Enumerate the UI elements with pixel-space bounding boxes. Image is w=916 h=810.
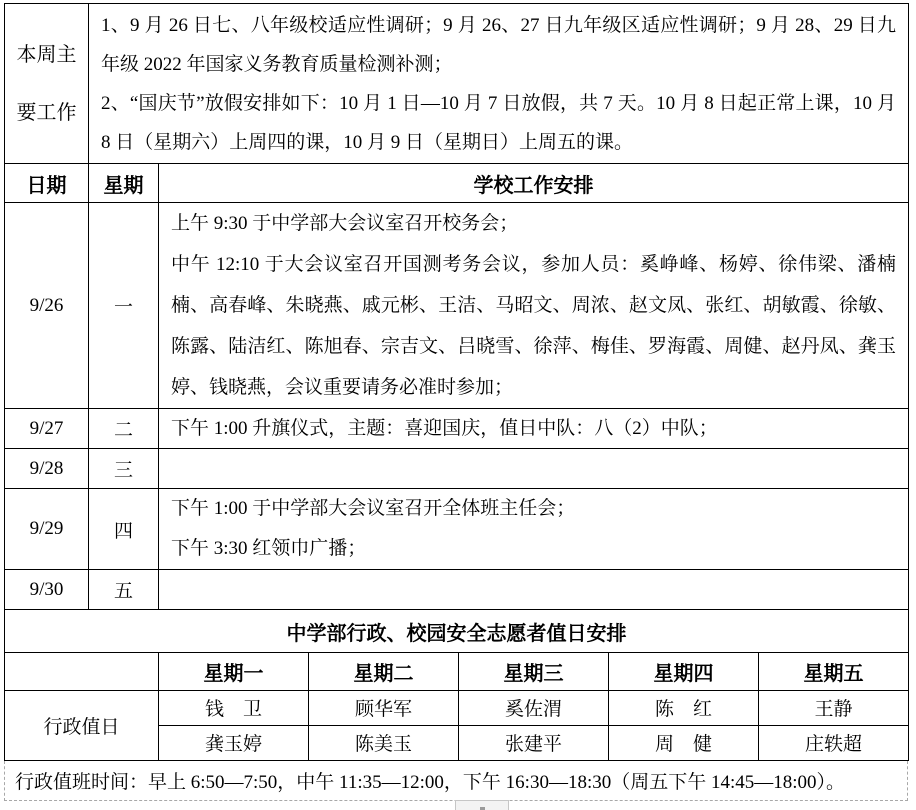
duty-header-empty-cell — [5, 652, 159, 690]
summary-item-2: 2、“国庆节”放假安排如下：10 月 1 日—10 月 7 日放假，共 7 天。… — [101, 84, 896, 162]
duty-name: 顾华军 — [309, 690, 459, 725]
weekly-work-table: 本周主要工作 1、9 月 26 日七、八年级校适应性调研；9 月 26、27 日… — [4, 3, 909, 653]
arrangement-item: 下午 1:00 于中学部大会议室召开全体班主任会； — [171, 489, 896, 529]
duty-header-thu: 星期四 — [609, 652, 759, 690]
weekly-summary-label: 本周主要工作 — [14, 26, 80, 142]
weekday-cell: 五 — [89, 570, 159, 610]
document-page: 本周主要工作 1、9 月 26 日七、八年级校适应性调研；9 月 26、27 日… — [4, 3, 908, 801]
arrangement-cell: 上午 9:30 于中学部大会议室召开校务会； 中午 12:10 于大会议室召开国… — [159, 203, 909, 409]
schedule-header-row: 日期 星期 学校工作安排 — [5, 164, 909, 203]
partial-table-handle — [455, 800, 509, 810]
weekday-cell: 四 — [89, 489, 159, 570]
arrangement-item: 下午 1:00 升旗仪式，主题：喜迎国庆，值日中队：八（2）中队； — [171, 409, 896, 448]
schedule-row-thu: 9/29 四 下午 1:00 于中学部大会议室召开全体班主任会； 下午 3:30… — [5, 489, 909, 570]
duty-roster-table: 星期一 星期二 星期三 星期四 星期五 行政值日 钱 卫 顾华军 奚佐渭 陈 红… — [4, 652, 909, 761]
summary-item-1: 1、9 月 26 日七、八年级校适应性调研；9 月 26、27 日九年级区适应性… — [101, 6, 896, 84]
weekly-summary-label-cell: 本周主要工作 — [5, 4, 89, 164]
duty-header-row: 星期一 星期二 星期三 星期四 星期五 — [5, 652, 909, 690]
arrangement-cell: 下午 1:00 升旗仪式，主题：喜迎国庆，值日中队：八（2）中队； — [159, 409, 909, 449]
duty-name: 张建平 — [459, 725, 609, 760]
arrangement-item: 下午 3:30 红领巾广播； — [171, 529, 896, 569]
duty-section-title-row: 中学部行政、校园安全志愿者值日安排 — [5, 610, 909, 653]
duty-header-mon: 星期一 — [159, 652, 309, 690]
duty-name: 钱 卫 — [159, 690, 309, 725]
duty-name: 王静 — [759, 690, 909, 725]
date-cell: 9/29 — [5, 489, 89, 570]
date-cell: 9/30 — [5, 570, 89, 610]
duty-name: 周 健 — [609, 725, 759, 760]
duty-header-fri: 星期五 — [759, 652, 909, 690]
date-cell: 9/27 — [5, 409, 89, 449]
schedule-row-fri: 9/30 五 — [5, 570, 909, 610]
arrangement-cell-empty — [159, 570, 909, 610]
duty-name: 陈美玉 — [309, 725, 459, 760]
duty-header-wed: 星期三 — [459, 652, 609, 690]
duty-name: 龚玉婷 — [159, 725, 309, 760]
header-arrangement: 学校工作安排 — [159, 164, 909, 203]
duty-header-tue: 星期二 — [309, 652, 459, 690]
weekly-summary-row: 本周主要工作 1、9 月 26 日七、八年级校适应性调研；9 月 26、27 日… — [5, 4, 909, 164]
schedule-row-tue: 9/27 二 下午 1:00 升旗仪式，主题：喜迎国庆，值日中队：八（2）中队； — [5, 409, 909, 449]
weekday-cell: 三 — [89, 449, 159, 489]
duty-name: 奚佐渭 — [459, 690, 609, 725]
arrangement-item: 上午 9:30 于中学部大会议室召开校务会； — [171, 203, 896, 244]
duty-section-title: 中学部行政、校园安全志愿者值日安排 — [5, 610, 909, 653]
weekday-cell: 二 — [89, 409, 159, 449]
schedule-row-mon: 9/26 一 上午 9:30 于中学部大会议室召开校务会； 中午 12:10 于… — [5, 203, 909, 409]
header-weekday: 星期 — [89, 164, 159, 203]
schedule-row-wed: 9/28 三 — [5, 449, 909, 489]
date-cell: 9/28 — [5, 449, 89, 489]
arrangement-cell-empty — [159, 449, 909, 489]
weekly-summary-content-cell: 1、9 月 26 日七、八年级校适应性调研；9 月 26、27 日九年级区适应性… — [89, 4, 909, 164]
duty-name-row-1: 行政值日 钱 卫 顾华军 奚佐渭 陈 红 王静 — [5, 690, 909, 725]
arrangement-cell: 下午 1:00 于中学部大会议室召开全体班主任会； 下午 3:30 红领巾广播； — [159, 489, 909, 570]
duty-name: 庄轶超 — [759, 725, 909, 760]
arrangement-item: 中午 12:10 于大会议室召开国测考务会议，参加人员：奚峥峰、杨婷、徐伟梁、潘… — [171, 244, 896, 408]
duty-time-note: 行政值班时间：早上 6:50—7:50，中午 11:35—12:00，下午 16… — [4, 761, 908, 801]
duty-row-label: 行政值日 — [5, 690, 159, 760]
header-date: 日期 — [5, 164, 89, 203]
duty-name: 陈 红 — [609, 690, 759, 725]
date-cell: 9/26 — [5, 203, 89, 409]
weekday-cell: 一 — [89, 203, 159, 409]
